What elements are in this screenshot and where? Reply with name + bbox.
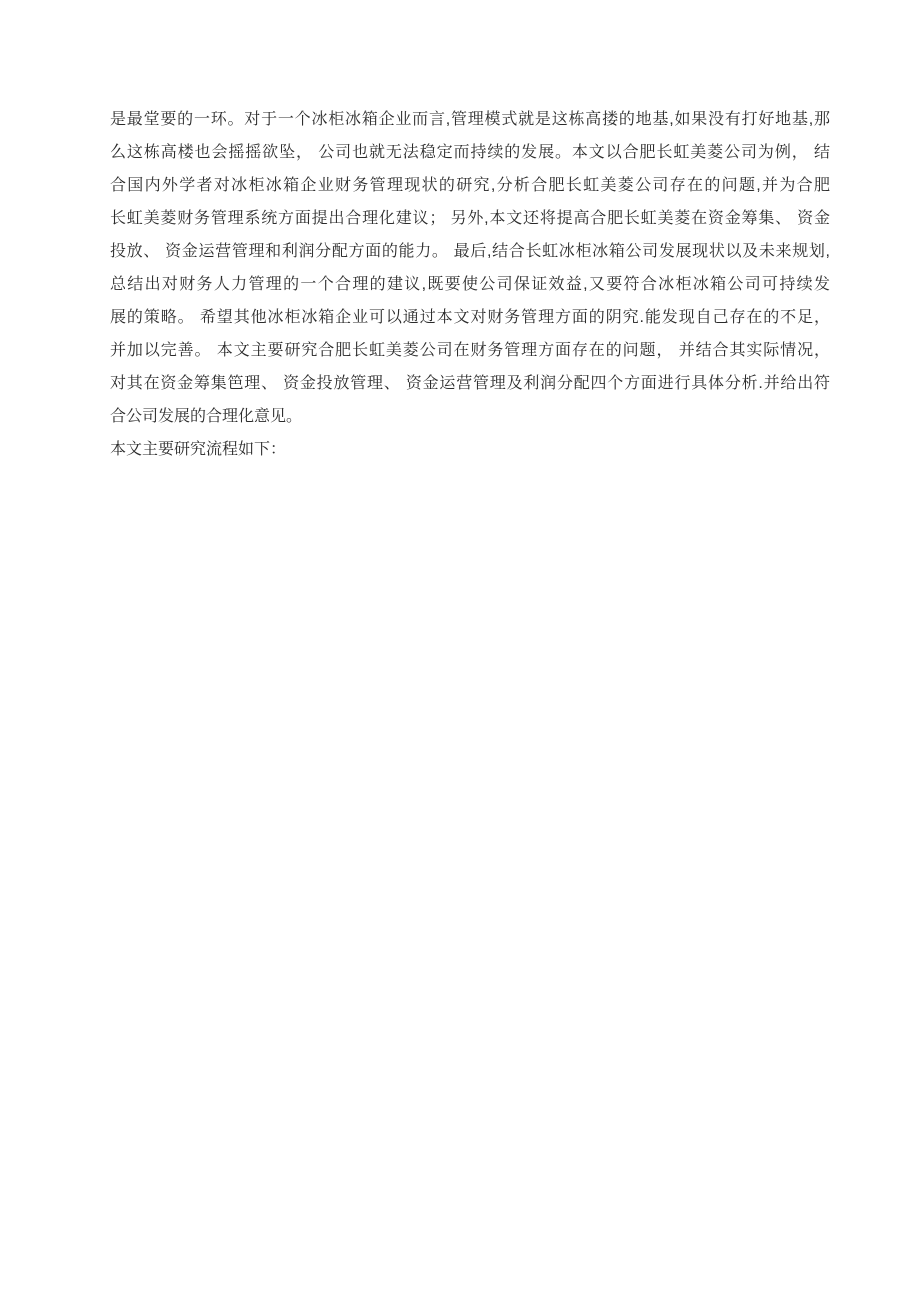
- paragraph-line: 总结出对财务人力管理的一个合理的建议,既要使公司保证效益,又要符合冰柜冰箱公司可…: [110, 268, 830, 301]
- document-page: 是最堂要的一环。对于一个冰柜冰箱企业而言,管理模式就是这栋高搂的地基,如果没有打…: [0, 0, 920, 1301]
- paragraph-line: 合国内外学者对冰柜冰箱企业财务管理现状的研究,分析合肥长虹美菱公司存在的问题,并…: [110, 169, 830, 202]
- paragraph-line: 长虹美菱财务管理系统方面提出合理化建议； 另外,本文还将提高合肥长虹美菱在资金筹…: [110, 202, 830, 235]
- paragraph-line: 并加以完善。 本文主要研究合肥长虹美菱公司在财务管理方面存在的问题， 并结合其实…: [110, 334, 830, 367]
- paragraph-line: 本文主要研究流程如下：: [110, 433, 830, 466]
- paragraph-line: 展的策略。 希望其他冰柜冰箱企业可以通过本文对财务管理方面的阴究.能发现自己存在…: [110, 301, 830, 334]
- paragraph-line: 是最堂要的一环。对于一个冰柜冰箱企业而言,管理模式就是这栋高搂的地基,如果没有打…: [110, 103, 830, 136]
- paragraph-last-line: 合公司发展的合理化意见。: [110, 400, 830, 433]
- paragraph-line: 投放、 资金运营管理和利润分配方面的能力。 最后,结合长虹冰柜冰箱公司发展现状以…: [110, 235, 830, 268]
- body-text: 是最堂要的一环。对于一个冰柜冰箱企业而言,管理模式就是这栋高搂的地基,如果没有打…: [110, 103, 830, 466]
- paragraph-line: 对其在资金筹集笆理、 资金投放管理、 资金运营管理及利润分配四个方面进行具体分析…: [110, 367, 830, 400]
- paragraph-line: 么这栋高楼也会摇摇欲坠， 公司也就无法稳定而持续的发展。本文以合肥长虹美菱公司为…: [110, 136, 830, 169]
